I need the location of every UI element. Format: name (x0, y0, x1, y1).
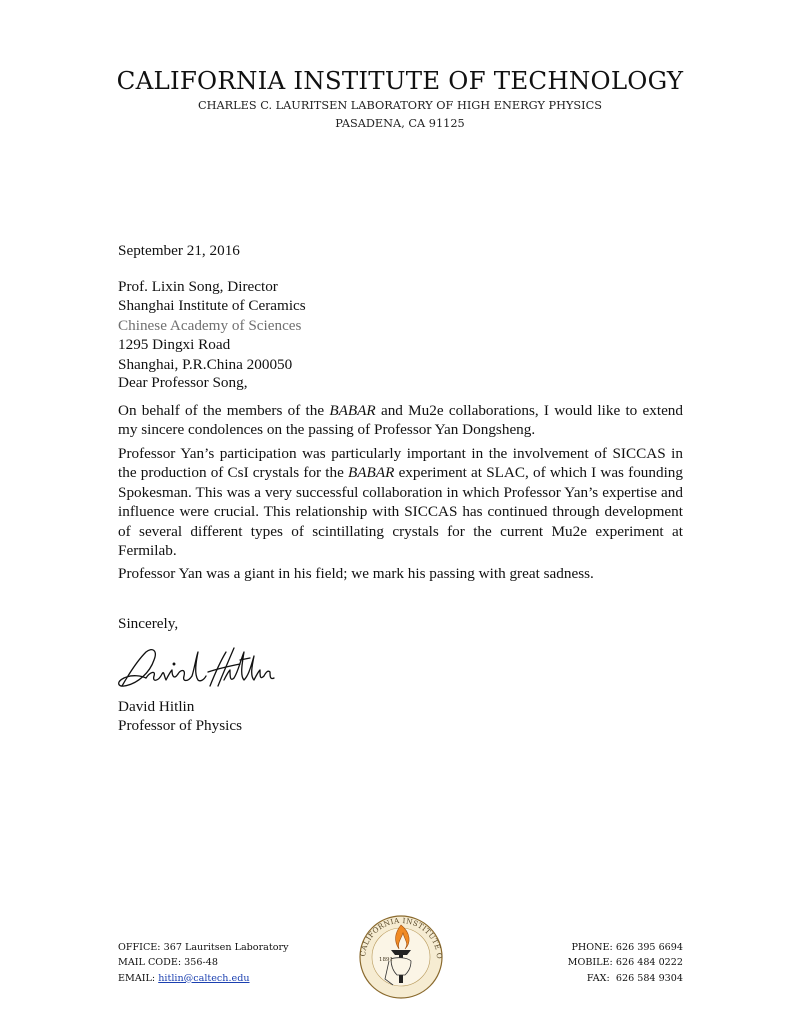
recipient-line: 1295 Dingxi Road (118, 335, 306, 354)
email-label: EMAIL: (118, 973, 155, 984)
seal-year: 1891 (379, 957, 393, 963)
recipient-line: Shanghai Institute of Ceramics (118, 296, 306, 315)
laboratory-name: CHARLES C. LAURITSEN LABORATORY OF HIGH … (0, 97, 800, 115)
recipient-address: Prof. Lixin Song, Director Shanghai Inst… (118, 277, 306, 374)
mobile-line: MOBILE: 626 484 0222 (500, 955, 683, 970)
signer-title: Professor of Physics (118, 716, 242, 735)
footer-contact-right: PHONE: 626 395 6694 MOBILE: 626 484 0222… (500, 940, 683, 986)
salutation: Dear Professor Song, (118, 373, 248, 392)
mailcode-line: MAIL CODE: 356-48 (118, 955, 289, 970)
paragraph-1: On behalf of the members of the BABAR an… (118, 401, 683, 440)
fax-label: FAX: (587, 973, 610, 984)
closing: Sincerely, (118, 614, 178, 633)
signature-icon (112, 642, 282, 697)
phone-label: PHONE: (571, 942, 612, 953)
fax-value: 626 584 9304 (616, 973, 683, 984)
mobile-value: 626 484 0222 (616, 957, 683, 968)
recipient-line: Prof. Lixin Song, Director (118, 277, 306, 296)
caltech-seal: CALIFORNIA INSTITUTE OF TECHNOLOGY 1891 (355, 913, 447, 999)
letterhead: CALIFORNIA INSTITUTE OF TECHNOLOGY CHARL… (0, 66, 800, 133)
paragraph-3: Professor Yan was a giant in his field; … (118, 564, 683, 583)
italic-run: BABAR (348, 464, 394, 481)
office-line: OFFICE: 367 Lauritsen Laboratory (118, 940, 289, 955)
letterhead-city: PASADENA, CA 91125 (0, 115, 800, 133)
seal-icon: CALIFORNIA INSTITUTE OF TECHNOLOGY 1891 (355, 913, 447, 999)
institution-name: CALIFORNIA INSTITUTE OF TECHNOLOGY (0, 66, 800, 96)
recipient-line: Chinese Academy of Sciences (118, 316, 306, 335)
mailcode-value: 356-48 (184, 957, 218, 968)
letter-date: September 21, 2016 (118, 241, 240, 260)
signer-name: David Hitlin (118, 697, 242, 716)
mobile-label: MOBILE: (568, 957, 613, 968)
phone-value: 626 395 6694 (616, 942, 683, 953)
signer-block: David Hitlin Professor of Physics (118, 697, 242, 736)
fax-line: FAX: 626 584 9304 (500, 971, 683, 986)
italic-run: BABAR (329, 402, 375, 419)
text-run: On behalf of the members of the (118, 402, 329, 419)
paragraph-2: Professor Yan’s participation was partic… (118, 444, 683, 560)
footer-contact-left: OFFICE: 367 Lauritsen Laboratory MAIL CO… (118, 940, 289, 986)
mailcode-label: MAIL CODE: (118, 957, 181, 968)
email-line: EMAIL: hitlin@caltech.edu (118, 971, 289, 986)
office-value: 367 Lauritsen Laboratory (164, 942, 289, 953)
email-link[interactable]: hitlin@caltech.edu (158, 973, 249, 984)
signature (112, 642, 282, 702)
recipient-line: Shanghai, P.R.China 200050 (118, 355, 306, 374)
phone-line: PHONE: 626 395 6694 (500, 940, 683, 955)
office-label: OFFICE: (118, 942, 161, 953)
